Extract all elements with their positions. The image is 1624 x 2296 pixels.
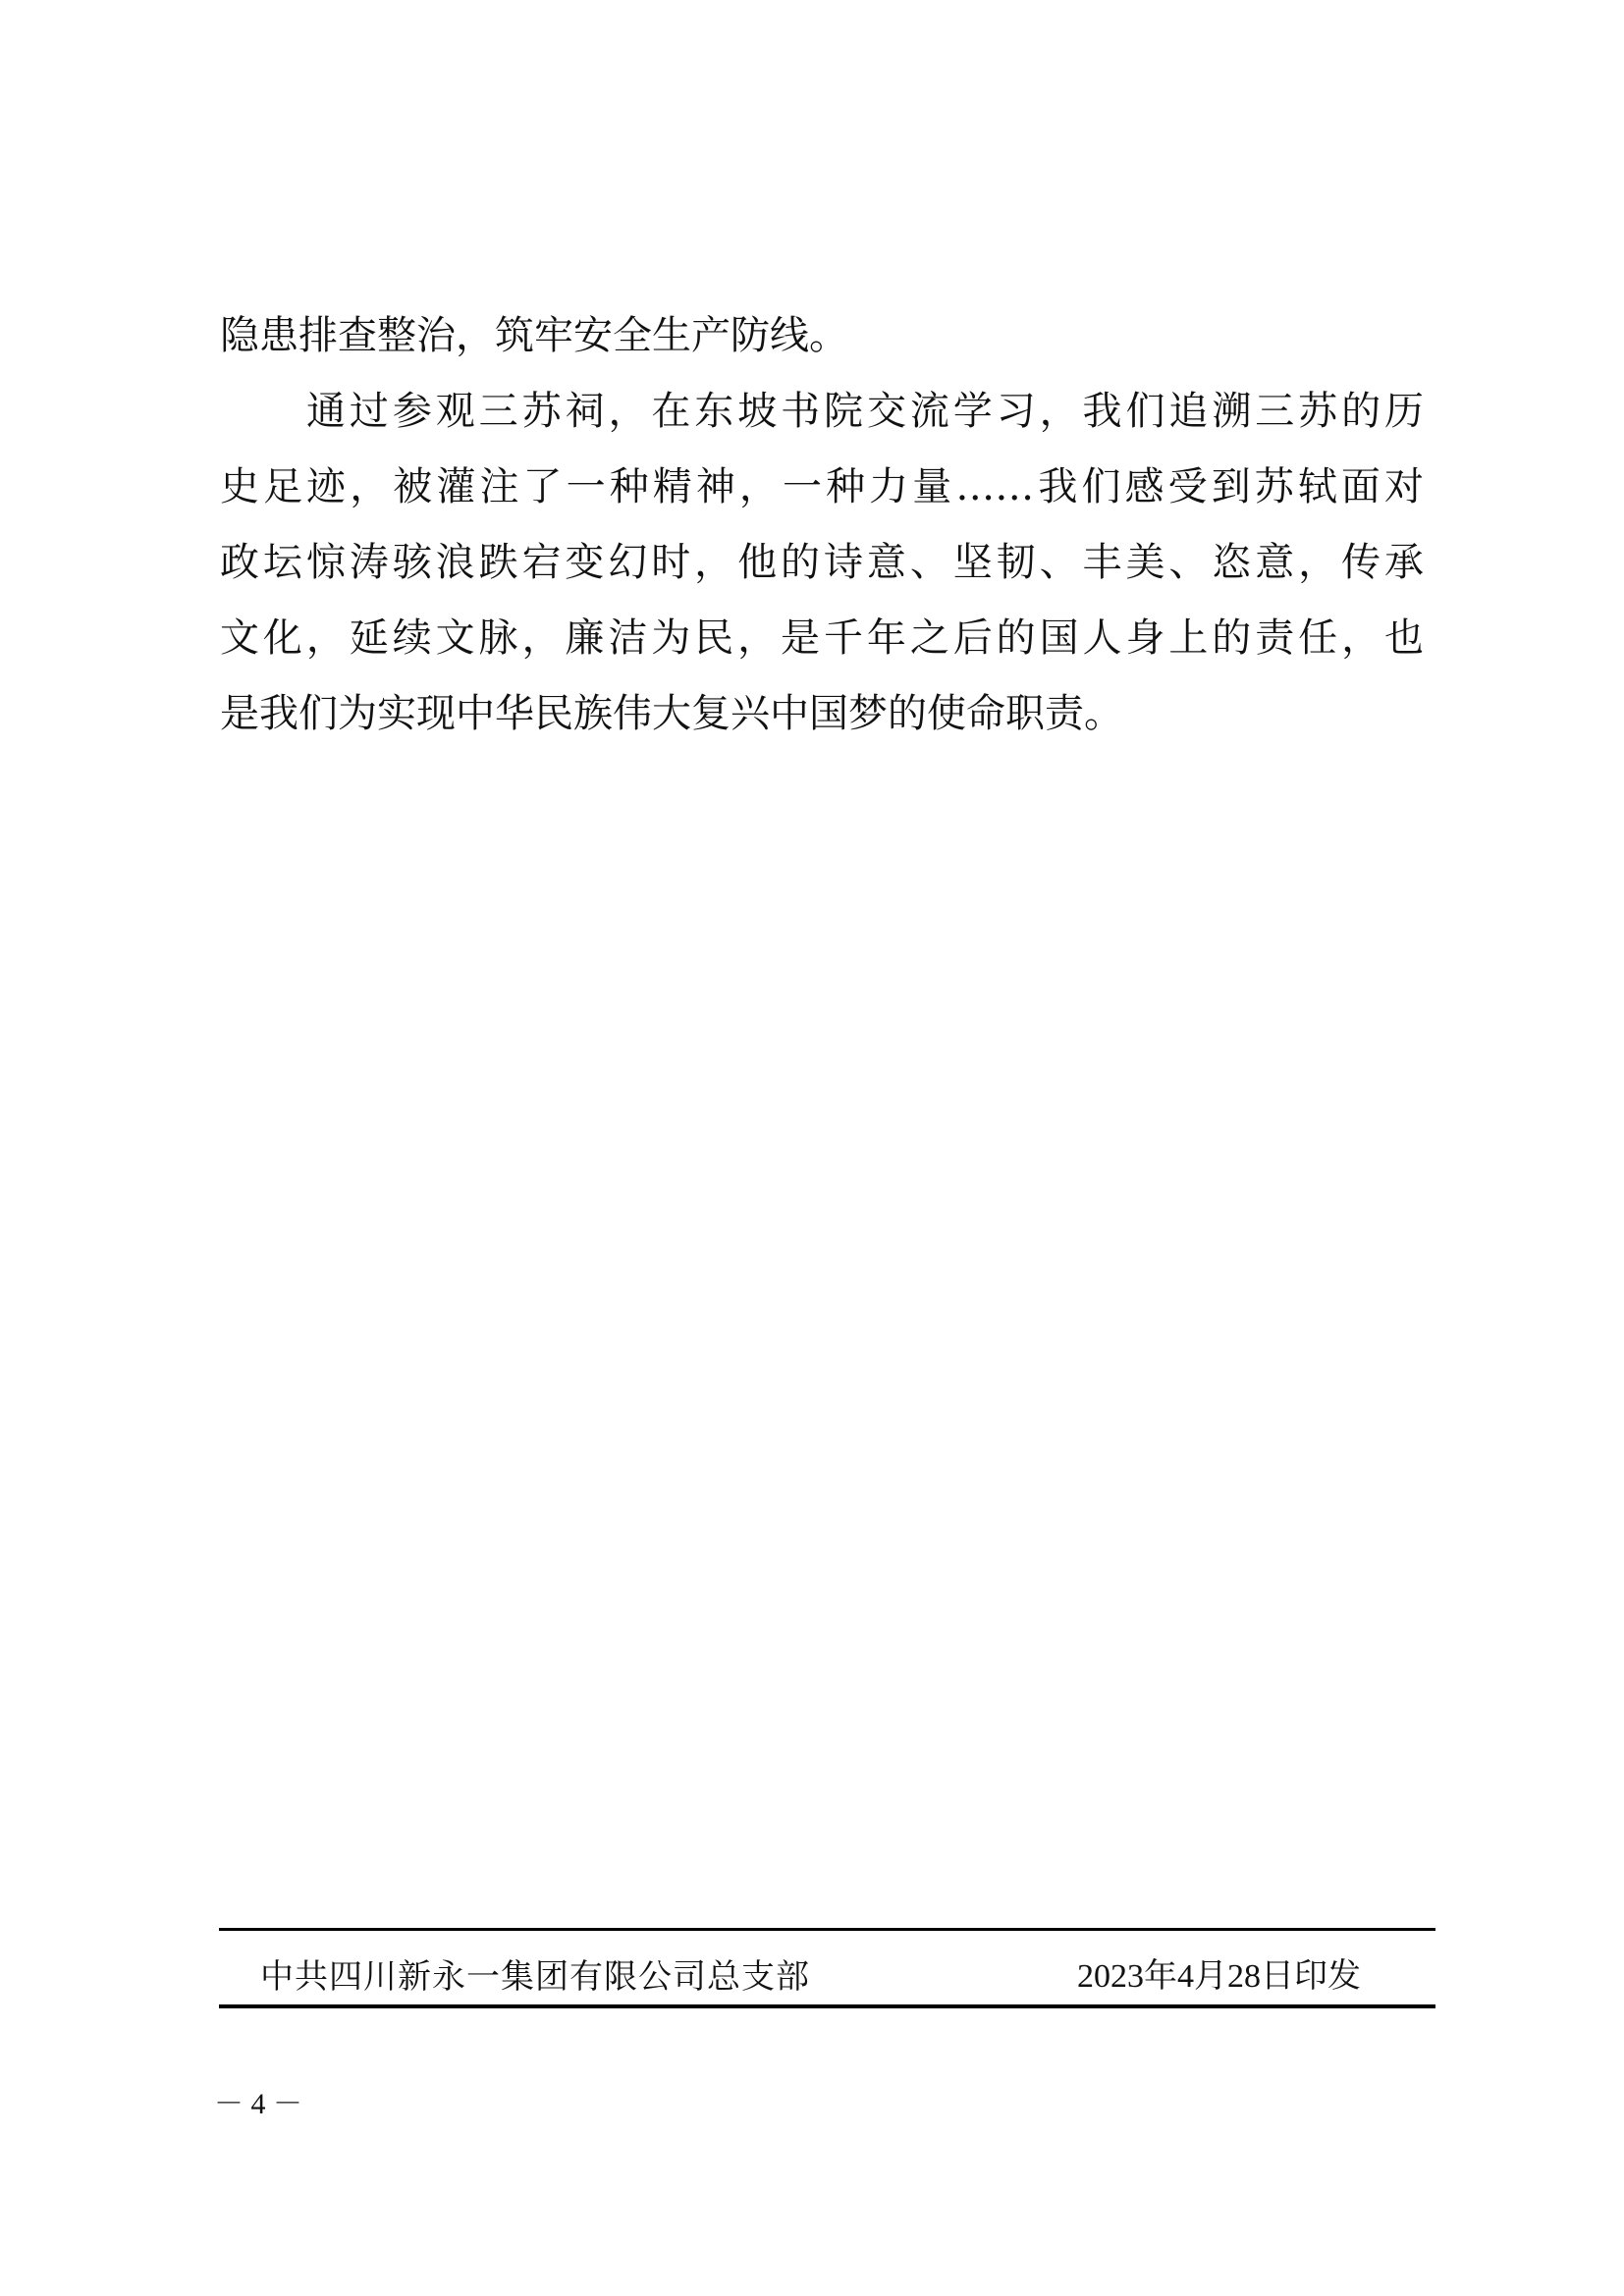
body-line-5: 文化，延续文脉，廉洁为民，是千年之后的国人身上的责任，也 — [220, 614, 1424, 690]
footer-print-date: 2023年4月28日印发 — [1077, 1957, 1397, 1997]
footer-issuer: 中共四川新永一集团有限公司总支部 — [260, 1957, 810, 1997]
body-line-1: 隐患排查整治，筑牢安全生产防线。 — [220, 312, 1424, 388]
body-line-4: 政坛惊涛骇浪跌宕变幻时，他的诗意、坚韧、丰美、恣意，传承 — [220, 539, 1424, 614]
footer-bottom-rule — [219, 2004, 1435, 2008]
body-paragraphs: 隐患排查整治，筑牢安全生产防线。 通过参观三苏祠，在东坡书院交流学习，我们追溯三… — [220, 312, 1424, 766]
document-page: 隐患排查整治，筑牢安全生产防线。 通过参观三苏祠，在东坡书院交流学习，我们追溯三… — [0, 0, 1624, 2296]
body-line-3: 史足迹，被灌注了一种精神，一种力量……我们感受到苏轼面对 — [220, 463, 1424, 539]
footer-top-rule — [219, 1928, 1435, 1931]
page-number: － 4 － — [214, 2087, 302, 2122]
body-line-2: 通过参观三苏祠，在东坡书院交流学习，我们追溯三苏的历 — [220, 388, 1424, 463]
body-line-6: 是我们为实现中华民族伟大复兴中国梦的使命职责。 — [220, 690, 1424, 766]
